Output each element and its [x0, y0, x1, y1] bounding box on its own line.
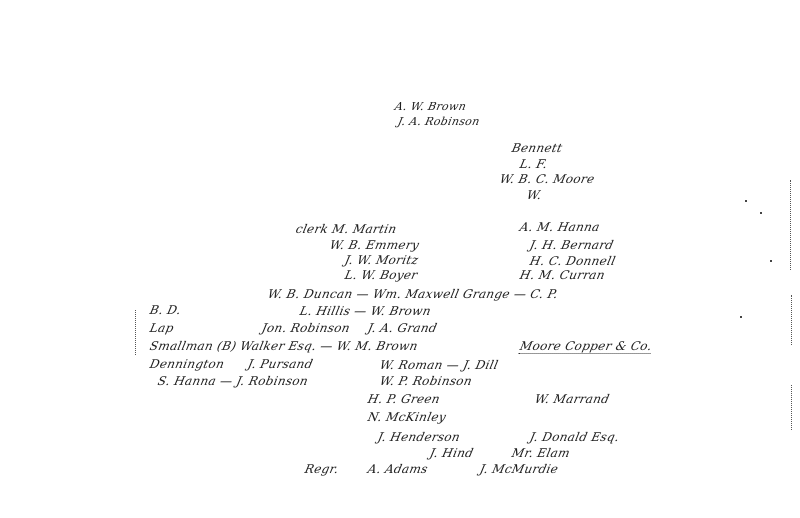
signature-line: W. P. Robinson: [379, 374, 474, 388]
scan-noise: [791, 385, 794, 430]
signature-line: J. Donald Esq.: [529, 430, 621, 444]
signature-line: Jon. Robinson: [261, 321, 352, 335]
scan-noise: [790, 180, 793, 270]
signature-line: J. Hind: [429, 446, 475, 460]
signature-line: J. Henderson: [377, 430, 462, 444]
scan-noise: [760, 212, 762, 214]
scan-noise: [791, 295, 794, 345]
signature-line: J. A. Grand: [367, 321, 439, 335]
scan-noise: [135, 310, 138, 355]
signature-line: W. Roman — J. Dill: [379, 358, 500, 372]
signature-line: L. F.: [519, 157, 549, 171]
signature-line: Regr.: [304, 462, 341, 476]
signature-line: A. W. Brown: [394, 100, 468, 113]
scan-noise: [745, 200, 747, 202]
signature-line: L. W. Boyer: [344, 268, 419, 282]
signature-line: W. B. Emmery: [329, 238, 421, 252]
signature-line: A. M. Hanna: [519, 220, 602, 234]
signature-line: J. Pursand: [247, 357, 315, 371]
signature-line: clerk M. Martin: [295, 222, 398, 236]
scan-noise: [740, 316, 742, 318]
signature-line: W. Marrand: [534, 392, 611, 406]
signature-line: Bennett: [511, 141, 564, 155]
signature-line: L. Hillis — W. Brown: [299, 304, 433, 318]
scan-noise: [770, 260, 772, 262]
signature-line: J. A. Robinson: [397, 115, 481, 128]
signature-line: J. H. Bernard: [529, 238, 615, 252]
signature-line: Moore Copper & Co.: [518, 339, 653, 354]
signature-line: W.: [526, 188, 544, 202]
signature-line: H. P. Green: [367, 392, 442, 406]
signature-line: N. McKinley: [367, 410, 448, 424]
signature-line: H. M. Curran: [519, 268, 607, 282]
signature-line: A. Adams: [367, 462, 430, 476]
signature-line: H. C. Donnell: [529, 254, 617, 268]
signature-line: J. McMurdie: [479, 462, 560, 476]
signature-line: Mr. Elam: [511, 446, 572, 460]
signature-line: Smallman (B) Walker Esq. — W. M. Brown: [149, 339, 420, 353]
signature-line: B. D.: [149, 303, 183, 317]
signature-line: S. Hanna — J. Robinson: [157, 374, 310, 388]
signature-line: Lap: [149, 321, 176, 335]
signature-line: Dennington: [149, 357, 226, 371]
signature-line: J. W. Moritz: [344, 253, 420, 267]
signature-line: W. B. Duncan — Wm. Maxwell Grange — C. P…: [267, 287, 560, 301]
signature-line: W. B. C. Moore: [499, 172, 596, 186]
